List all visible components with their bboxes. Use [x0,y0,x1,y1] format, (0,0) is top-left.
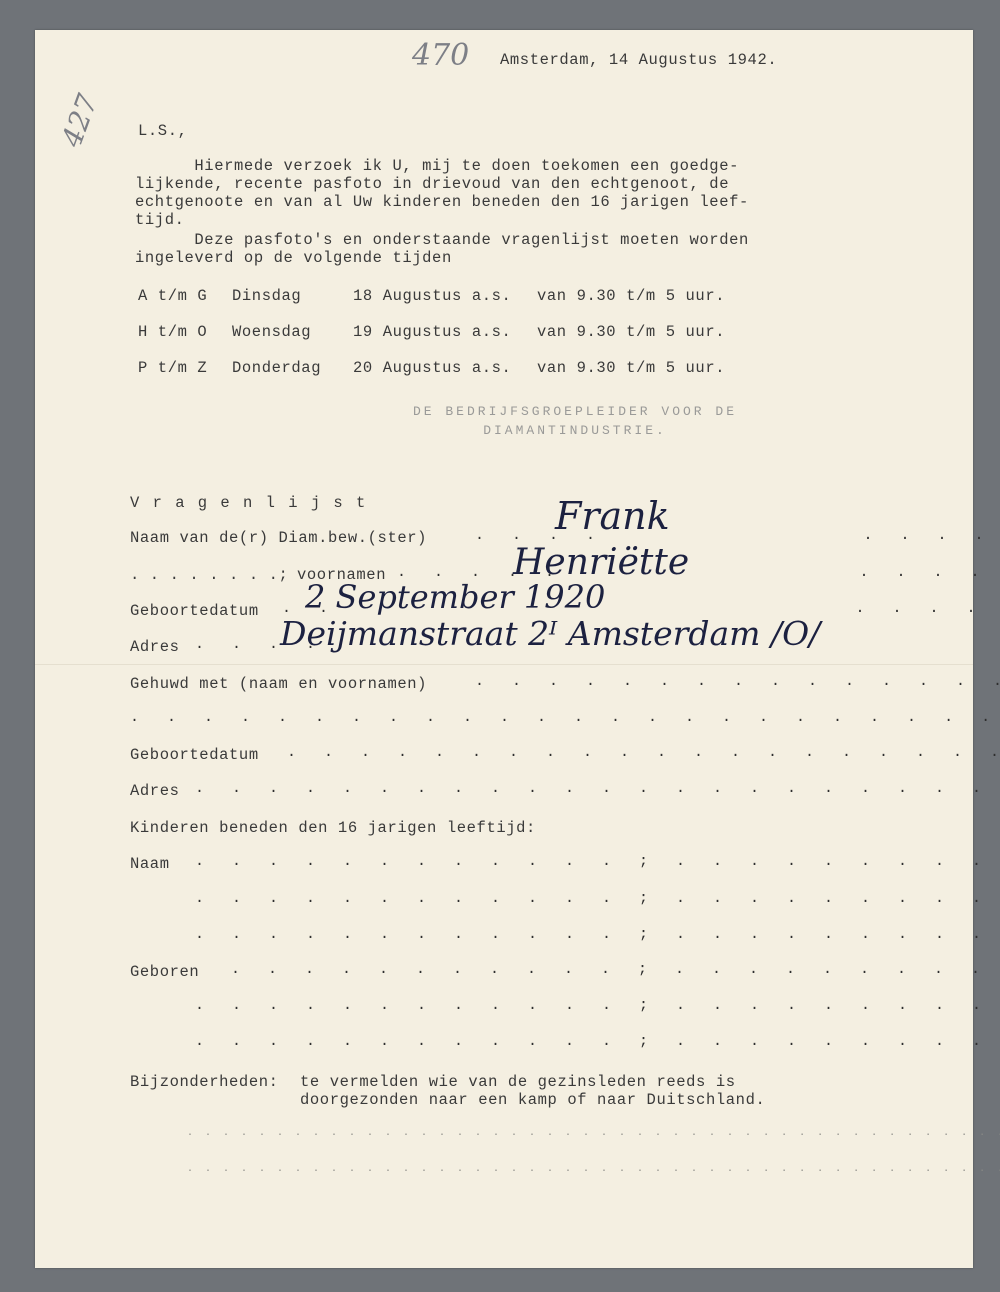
body-line: Hiermede verzoek ik U, mij te doen toeko… [135,157,739,175]
dot-fill: . . . . . . . . . . . . . . . . . . . . … [287,744,1000,761]
schedule-time: van 9.30 t/m 5 uur. [537,359,725,377]
dot-fill: . . . . . . . . . . . . . . . . . . . . … [187,1128,1000,1139]
handwritten-address: Deijmanstraat 2ᴵ Amsterdam /O/ [280,614,820,653]
schedule-time: van 9.30 t/m 5 uur. [537,287,725,305]
salutation: L.S., [138,122,188,140]
body-line: Deze pasfoto's en onderstaande vragenlij… [135,231,749,249]
handwritten-firstnames: Henriëtte [513,542,689,583]
pencil-annotation-top: 470 [412,38,469,73]
body-line: echtgenoote en van al Uw kinderen benede… [135,193,749,211]
document-page: 470 427 Amsterdam, 14 Augustus 1942. L.S… [35,30,973,1268]
schedule-date: 20 Augustus a.s. [353,359,511,377]
handwritten-surname: Frank [555,494,670,538]
body-line: tijd. [135,211,185,229]
remarks-label: Bijzonderheden: [130,1073,279,1091]
schedule-range: H t/m O [138,323,207,341]
dot-fill: . . . . . . . . . . . . ; . . . . . . . … [195,890,1000,907]
spouse-label: Gehuwd met (naam en voornamen) [130,675,427,693]
schedule-range: A t/m G [138,287,207,305]
schedule-date: 18 Augustus a.s. [353,287,511,305]
address-label: Adres [130,638,180,656]
dot-fill: . . . . . . . . . . . . ; . . . . . . . … [195,853,1000,870]
dot-fill: . . . . . . . . . . . . ; . . . . . . . … [195,1033,1000,1050]
dot-fill: . . . . . . . . . . . . . . . . . . . . … [130,709,1000,726]
children-born-label: Geboren [130,963,199,981]
fold-line [35,664,973,665]
children-name-label: Naam [130,855,170,873]
schedule-date: 19 Augustus a.s. [353,323,511,341]
remarks-line-1: te vermelden wie van de gezinsleden reed… [300,1073,736,1091]
signature-line-1: DE BEDRIJFSGROEPLEIDER VOOR DE [365,404,785,419]
place-date: Amsterdam, 14 Augustus 1942. [500,51,777,69]
schedule-day: Dinsdag [232,287,301,305]
dot-fill: . . . . . . . . . . . . ; . . . . . . . … [195,997,1000,1014]
body-line: lijkende, recente pasfoto in drievoud va… [135,175,729,193]
schedule-range: P t/m Z [138,359,207,377]
handwritten-birthdate: 2 September 1920 [305,578,605,616]
children-heading: Kinderen beneden den 16 jarigen leeftijd… [130,819,536,837]
remarks-line-2: doorgezonden naar een kamp of naar Duits… [300,1091,765,1109]
birthdate-label: Geboortedatum [130,602,259,620]
body-line: ingeleverd op de volgende tijden [135,249,452,267]
pencil-annotation-left: 427 [55,90,104,152]
dot-fill: . . . . . . . . . . . ; . . . . . . . . … [231,961,1000,978]
dot-fill: . . . . . . . . . . . . . . . . . . . . … [187,1164,1000,1175]
signature-line-2: DIAMANTINDUSTRIE. [365,423,785,438]
spouse-address-label: Adres [130,782,180,800]
schedule-day: Woensdag [232,323,311,341]
spouse-birthdate-label: Geboortedatum [130,746,259,764]
name-label: Naam van de(r) Diam.bew.(ster) [130,529,427,547]
dot-fill: . . . . . . . . . . . . . . . . . . . . … [195,780,1000,797]
form-title: V r a g e n l i j s t [130,494,367,512]
firstnames-prefix: . . . . . . . .; [130,566,288,584]
schedule-time: van 9.30 t/m 5 uur. [537,323,725,341]
schedule-day: Donderdag [232,359,321,377]
dot-fill: . . . . . . . . . . . . . . . . . . [475,673,1000,690]
dot-fill: . . . . . . . . . . . . ; . . . . . . . … [195,926,1000,943]
